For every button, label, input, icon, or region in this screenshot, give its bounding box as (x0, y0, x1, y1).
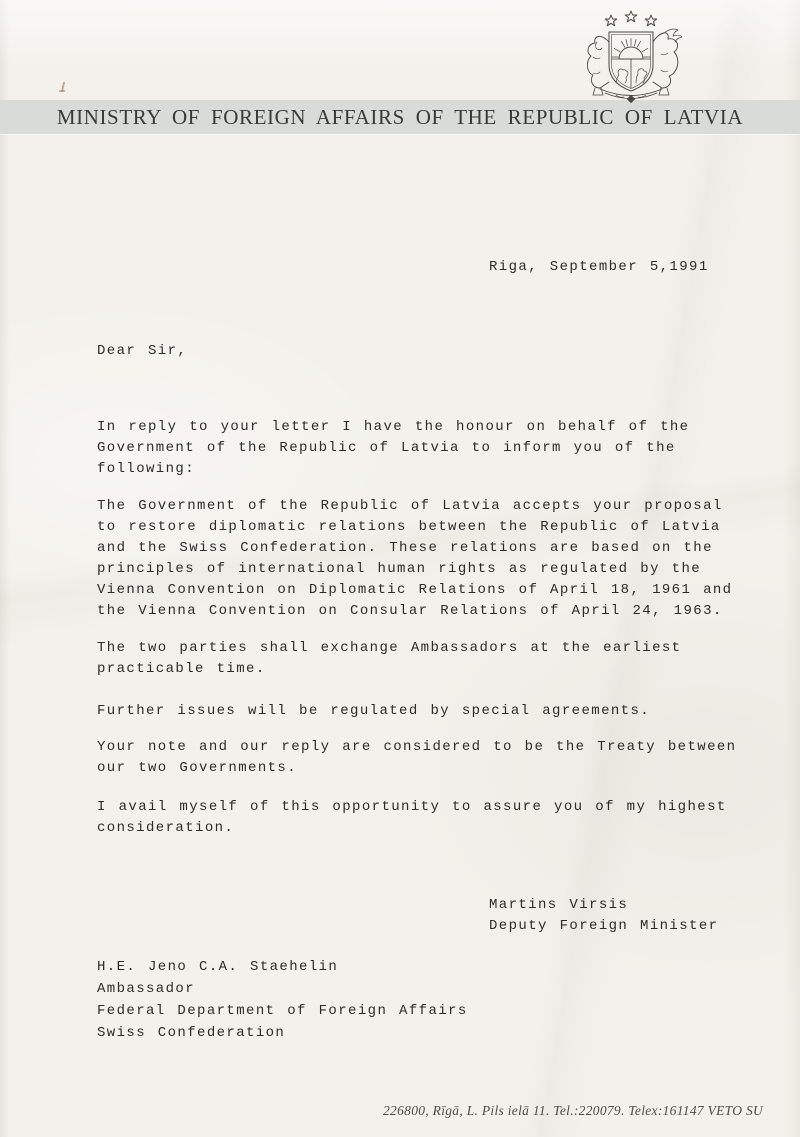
dateline: Riga, September 5,1991 (489, 257, 709, 278)
signature-block: Martins Virsis Deputy Foreign Minister (489, 895, 718, 937)
paragraph-closing: I avail myself of this opportunity to as… (97, 797, 727, 839)
paragraph-further-issues: Further issues will be regulated by spec… (97, 701, 650, 722)
paragraph-acceptance: The Government of the Republic of Latvia… (97, 496, 733, 622)
paragraph-intro: In reply to your letter I have the honou… (97, 417, 689, 480)
addressee-block: H.E. Jeno C.A. Staehelin Ambassador Fede… (97, 956, 468, 1044)
paragraph-ambassadors: The two parties shall exchange Ambassado… (97, 638, 681, 680)
salutation: Dear Sir, (97, 341, 187, 362)
latvia-coat-of-arms-icon (560, 9, 702, 105)
footer-contact-line: 226800, Rīgā, L. Pils ielā 11. Tel.:2200… (383, 1103, 763, 1119)
scanned-letter-page: MINISTRY OF FOREIGN AFFAIRS OF THE REPUB… (0, 0, 800, 1137)
pencil-mark (61, 82, 65, 92)
paragraph-treaty: Your note and our reply are considered t… (97, 737, 737, 779)
ministry-header-title: MINISTRY OF FOREIGN AFFAIRS OF THE REPUB… (0, 100, 800, 134)
